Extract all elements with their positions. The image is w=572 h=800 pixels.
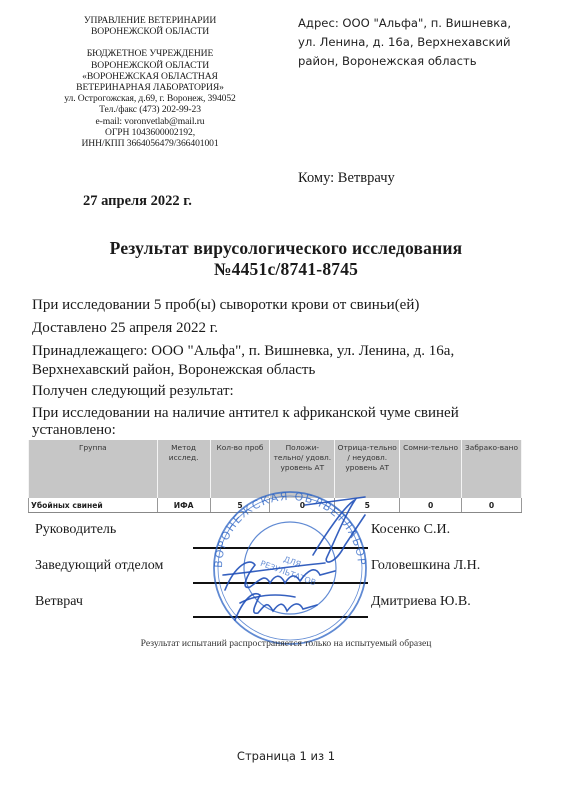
signature-line	[193, 616, 368, 618]
email: e-mail: voronvetlab@mail.ru	[40, 116, 260, 127]
col-header-sample-count: Кол-во проб	[210, 440, 270, 498]
ogrn: ОГРН 1043600002192,	[40, 127, 260, 138]
table-row: Убойных свиней ИФА 5 0 5 0 0	[29, 498, 522, 513]
cell-doubtful: 0	[400, 498, 462, 513]
recipient: Кому: Ветврачу	[298, 170, 395, 187]
cell-rejected: 0	[462, 498, 522, 513]
signature-line	[193, 582, 368, 584]
institution-line: ВЕТЕРИНАРНАЯ ЛАБОРАТОРИЯ»	[40, 82, 260, 93]
signature-role: Ветврач	[35, 594, 83, 610]
address-line: район, Воронежская область	[298, 52, 548, 71]
handwritten-signature-icon	[195, 495, 385, 625]
signature-role: Заведующий отделом	[35, 558, 163, 574]
test-line: При исследовании на наличие антител к аф…	[32, 405, 542, 422]
institution-line: «ВОРОНЕЖСКАЯ ОБЛАСТНАЯ	[40, 71, 260, 82]
address-line: ул. Ленина, д. 16а, Верхнехавский	[298, 33, 548, 52]
test-line: установлено:	[32, 422, 542, 439]
cell-group: Убойных свиней	[29, 498, 158, 513]
page-number: Страница 1 из 1	[0, 749, 572, 763]
col-header-rejected: Забрако-вано	[462, 440, 522, 498]
signature-name: Дмитриева Ю.В.	[371, 594, 471, 610]
result-intro: Получен следующий результат:	[32, 382, 542, 401]
signature-name: Косенко С.И.	[371, 522, 450, 538]
col-header-method: Метод исслед.	[157, 440, 210, 498]
cell-method: ИФА	[157, 498, 210, 513]
owner-line: Верхнехавский район, Воронежская область	[32, 361, 542, 380]
test-description: При исследовании на наличие антител к аф…	[32, 405, 542, 439]
title-line: Результат вирусологического исследования	[30, 238, 542, 259]
owner-text: Принадлежащего: ООО "Альфа", п. Вишневка…	[32, 342, 542, 380]
results-table: Группа Метод исслед. Кол-во проб Положи-…	[28, 440, 522, 513]
phone: Тел./факс (473) 202-99-23	[40, 104, 260, 115]
owner-line: Принадлежащего: ООО "Альфа", п. Вишневка…	[32, 342, 542, 361]
letterhead: УПРАВЛЕНИЕ ВЕТЕРИНАРИИ ВОРОНЕЖСКОЙ ОБЛАС…	[40, 15, 260, 149]
table-header-row: Группа Метод исслед. Кол-во проб Положи-…	[29, 440, 522, 498]
recipient-address: Адрес: ООО "Альфа", п. Вишневка, ул. Лен…	[298, 14, 548, 71]
svg-text:ДЛЯ: ДЛЯ	[282, 555, 302, 570]
col-header-group: Группа	[29, 440, 158, 498]
street-address: ул. Острогожская, д.69, г. Воронеж, 3940…	[40, 93, 260, 104]
signature-name: Головешкина Л.Н.	[371, 558, 480, 574]
col-header-doubtful: Сомни-тельно	[400, 440, 462, 498]
footer-note: Результат испытаний распространяется тол…	[0, 638, 572, 649]
institution-line: БЮДЖЕТНОЕ УЧРЕЖДЕНИЕ	[40, 48, 260, 59]
signature-role: Руководитель	[35, 522, 116, 538]
document-title: Результат вирусологического исследования…	[30, 238, 542, 280]
signature-line	[193, 547, 368, 549]
authority-line: ВОРОНЕЖСКОЙ ОБЛАСТИ	[40, 26, 260, 37]
cell-positive: 0	[270, 498, 335, 513]
cell-negative: 5	[335, 498, 400, 513]
samples-text: При исследовании 5 проб(ы) сыворотки кро…	[32, 296, 542, 315]
institution-line: ВОРОНЕЖСКОЙ ОБЛАСТИ	[40, 60, 260, 71]
delivered-text: Доставлено 25 апреля 2022 г.	[32, 319, 542, 338]
cell-sample-count: 5	[210, 498, 270, 513]
authority-line: УПРАВЛЕНИЕ ВЕТЕРИНАРИИ	[40, 15, 260, 26]
report-number: №4451с/8741-8745	[30, 259, 542, 280]
col-header-negative: Отрица-тельно / неудовл. уровень АТ	[335, 440, 400, 498]
col-header-positive: Положи-тельно/ удовл. уровень АТ	[270, 440, 335, 498]
address-line: Адрес: ООО "Альфа", п. Вишневка,	[298, 14, 548, 33]
inn-kpp: ИНН/КПП 3664056479/366401001	[40, 138, 260, 149]
document-date: 27 апреля 2022 г.	[83, 193, 192, 210]
